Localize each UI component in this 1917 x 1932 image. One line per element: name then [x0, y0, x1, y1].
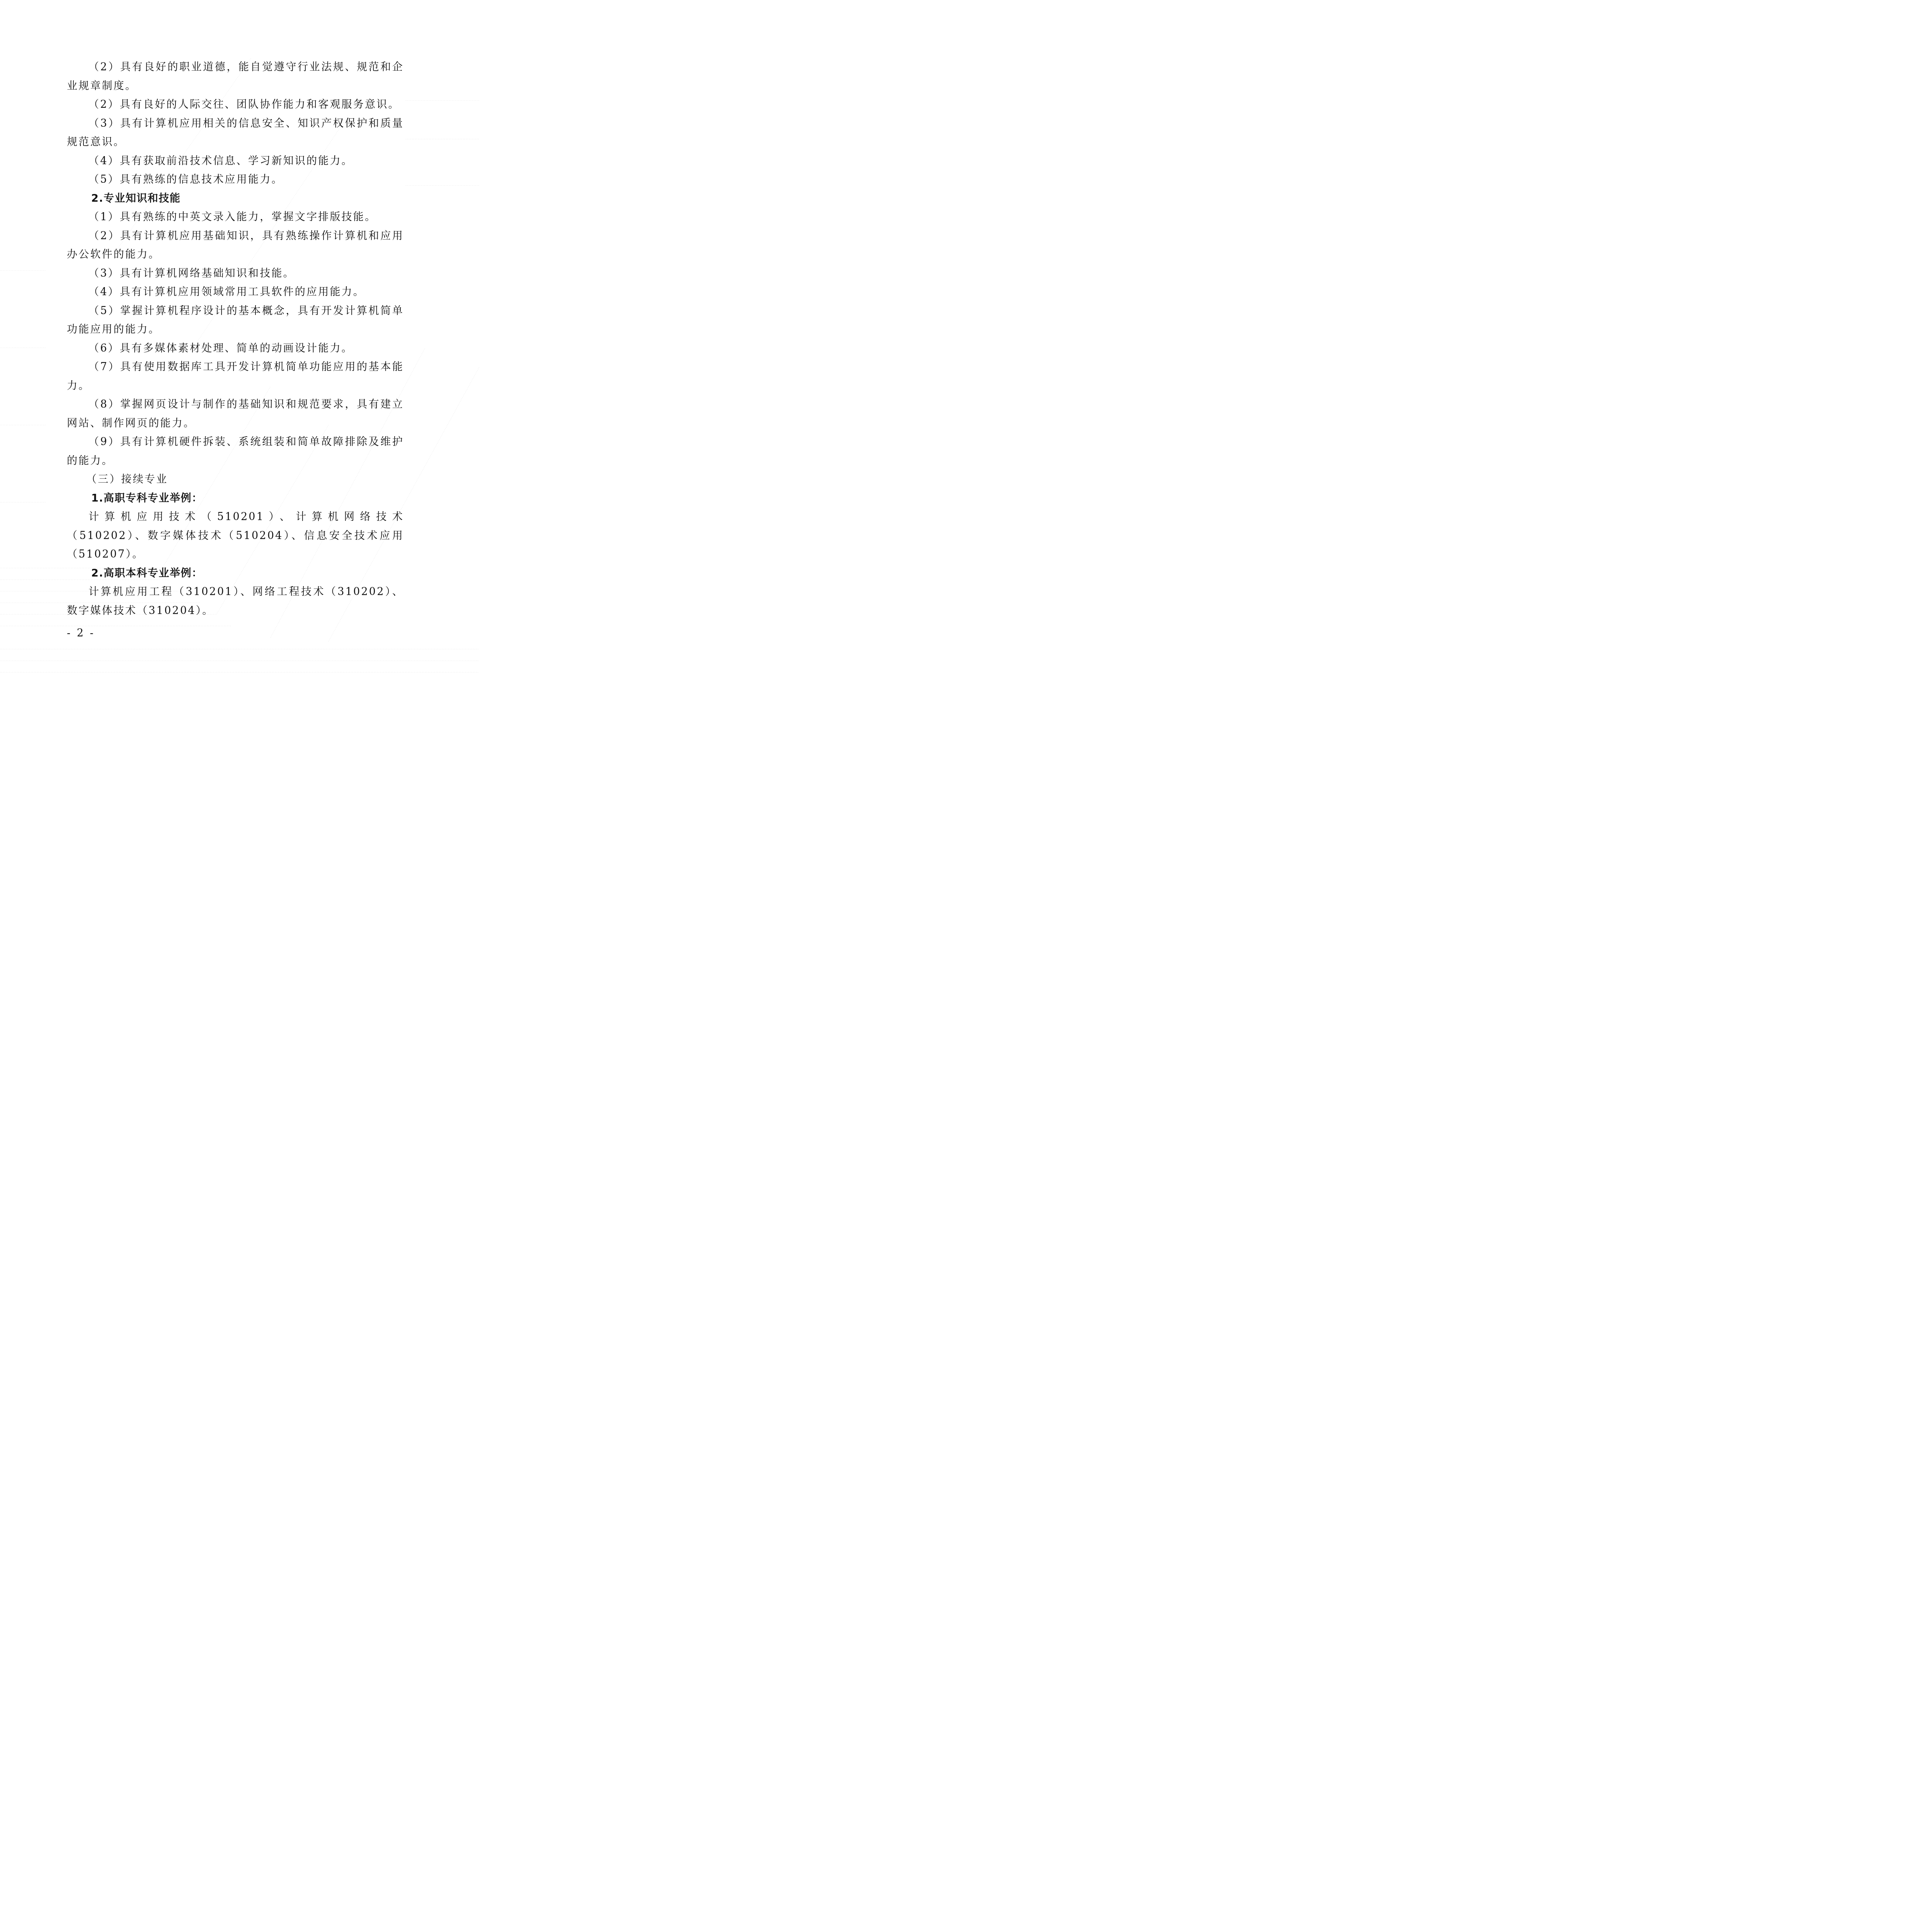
professional-item-6: （6）具有多媒体素材处理、简单的动画设计能力。: [67, 339, 404, 358]
subheading-vocational-college: 1.高职专科专业举例：: [67, 489, 404, 508]
document-body: （2）具有良好的职业道德，能自觉遵守行业法规、规范和企业规章制度。 （2）具有良…: [67, 58, 404, 620]
professional-item-8: （8）掌握网页设计与制作的基础知识和规范要求，具有建立网站、制作网页的能力。: [67, 395, 404, 433]
professional-item-9: （9）具有计算机硬件拆装、系统组装和简单故障排除及维护的能力。: [67, 433, 404, 470]
soft-skill-item-3: （3）具有计算机应用相关的信息安全、知识产权保护和质量规范意识。: [67, 114, 404, 152]
professional-item-5: （5）掌握计算机程序设计的基本概念，具有开发计算机简单功能应用的能力。: [67, 302, 404, 339]
vocational-bachelor-majors: 计算机应用工程（310201）、网络工程技术（310202）、数字媒体技术（31…: [67, 583, 404, 620]
soft-skill-item-4: （4）具有获取前沿技术信息、学习新知识的能力。: [67, 152, 404, 171]
professional-item-3: （3）具有计算机网络基础知识和技能。: [67, 264, 404, 283]
professional-item-4: （4）具有计算机应用领域常用工具软件的应用能力。: [67, 283, 404, 302]
soft-skill-item-1: （2）具有良好的职业道德，能自觉遵守行业法规、规范和企业规章制度。: [67, 58, 404, 95]
page-number: - 2 -: [67, 627, 95, 639]
professional-item-7: （7）具有使用数据库工具开发计算机简单功能应用的基本能力。: [67, 358, 404, 395]
soft-skill-item-5: （5）具有熟练的信息技术应用能力。: [67, 170, 404, 189]
professional-item-2: （2）具有计算机应用基础知识，具有熟练操作计算机和应用办公软件的能力。: [67, 227, 404, 264]
vocational-college-majors: 计算机应用技术（510201）、计算机网络技术（510202）、数字媒体技术（5…: [67, 508, 404, 564]
section-heading-continuation: （三）接续专业: [67, 470, 404, 489]
professional-item-1: （1）具有熟练的中英文录入能力，掌握文字排版技能。: [67, 208, 404, 227]
subheading-vocational-bachelor: 2.高职本科专业举例：: [67, 564, 404, 583]
document-page: （2）具有良好的职业道德，能自觉遵守行业法规、规范和企业规章制度。 （2）具有良…: [0, 0, 479, 678]
section-heading-professional: 2.专业知识和技能: [67, 189, 404, 208]
soft-skill-item-2: （2）具有良好的人际交往、团队协作能力和客观服务意识。: [67, 95, 404, 114]
